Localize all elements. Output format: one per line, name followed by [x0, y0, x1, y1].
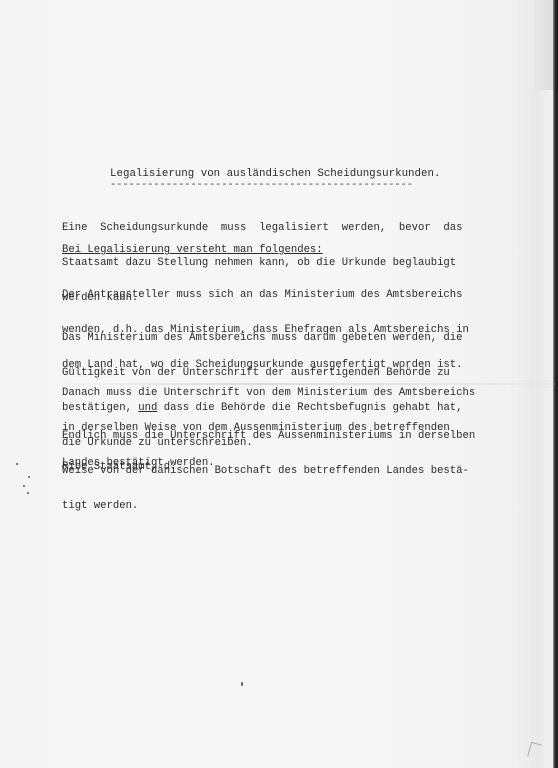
text-line: Eine Scheidungsurkunde muss legalisiert …	[62, 223, 463, 235]
signature-line: Ribe Staatsamt, d.	[62, 462, 176, 474]
title-underline-rule: ----------------------------------------…	[110, 179, 413, 191]
text-line: Endlich muss die Unterschrift des Aussen…	[62, 431, 475, 443]
scan-speck	[23, 485, 25, 487]
section-heading: Bei Legalisierung versteht man folgendes…	[62, 245, 323, 257]
scan-speck	[241, 682, 243, 686]
text-line: tigt werden.	[62, 501, 475, 513]
scan-speck	[16, 463, 18, 465]
scan-speck	[28, 476, 30, 478]
scan-speck	[27, 492, 29, 494]
text-line: Danach muss die Unterschrift von dem Min…	[62, 388, 475, 400]
text-line: Der Antragsteller muss sich an das Minis…	[62, 290, 469, 302]
text-line: Das Ministerium des Amtsbereichs muss da…	[62, 333, 463, 345]
page-edge-shadow	[533, 0, 553, 90]
